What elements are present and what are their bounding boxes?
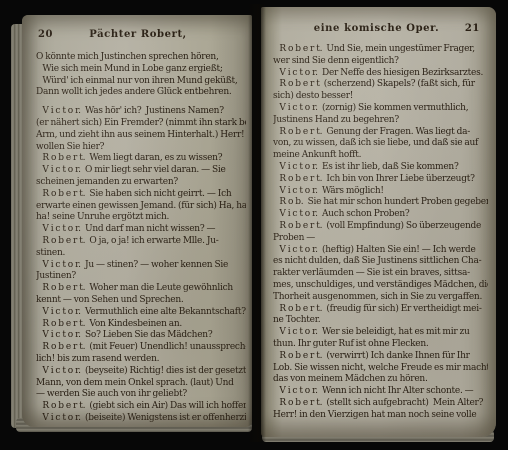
text-line: Arm, und zieht ihn aus seinem Hinterhalt… — [36, 130, 246, 142]
text-line: R o b e r t. Sie haben sich nicht geirrt… — [36, 189, 246, 201]
left-page-dialogue: V i c t o r. Was hör' ich? Justinens Nam… — [22, 106, 252, 425]
text-line: R o b e r t. (giebt sich ein Air) Das wi… — [36, 401, 246, 413]
left-page-number: 20 — [38, 29, 62, 40]
text-line: V i c t o r. Und darf man nicht wissen? … — [36, 224, 246, 236]
text-line: O könnte mich Justinchen sprechen hören, — [36, 52, 246, 64]
text-line: meine Ankunft hofft. — [273, 150, 488, 162]
text-line: — werden Sie auch von ihr geliebt? — [36, 389, 246, 401]
text-line: R o b e r t. Genung der Fragen. Was lieg… — [273, 127, 488, 139]
text-line: sich) desto besser! — [273, 91, 488, 103]
text-line: Dann wollt ich jedes andere Glück entbeh… — [36, 87, 246, 99]
text-line: V i c t o r. Was hör' ich? Justinens Nam… — [36, 106, 246, 118]
text-line: V i c t o r. Der Neffe des hiesigen Bezi… — [273, 68, 488, 80]
text-line: V i c t o r. So? Lieben Sie das Mädchen? — [36, 330, 246, 342]
text-line: R o b e r t. Woher man die Leute gewöhnl… — [36, 283, 246, 295]
text-line: (er nähert sich) Ein Fremder? (nimmt ihn… — [36, 118, 246, 130]
text-line: lich! bis zum rasend werden. — [36, 354, 246, 366]
text-line: erwarte einen gewissen Jemand. (für sich… — [36, 201, 246, 213]
text-line: V i c t o r. Wärs möglich! — [273, 186, 488, 198]
text-line: V i c t o r. Vermuthlich eine alte Bekan… — [36, 307, 246, 319]
text-line: Herr! in den Vierzigen hat man noch sein… — [273, 410, 488, 422]
aria-verse: O könnte mich Justinchen sprechen hören,… — [22, 52, 252, 99]
text-line: Thorheit ausgenommen, sich in Sie zu ver… — [273, 292, 488, 304]
book-scan: 20 Pächter Robert, O könnte mich Justinc… — [0, 0, 508, 450]
text-line: R o b e r t (scherzend) Skapels? (faßt s… — [273, 79, 488, 91]
text-line: V i c t o r. O mir liegt sehr viel daran… — [36, 165, 246, 177]
text-line: von, zu wissen, daß ich sie liebe, und d… — [273, 138, 488, 150]
text-line: es nicht dulden, daß Sie Justinens sittl… — [273, 256, 488, 268]
text-line: V i c t o r. (beyseite) Richtig! dies is… — [36, 366, 246, 378]
text-line: Justinen? — [36, 271, 246, 283]
text-line: Justinens Hand zu begehren? — [273, 115, 488, 127]
text-line: ha! seine Unruhe ergötzt mich. — [36, 212, 246, 224]
right-running-title: eine komische Oper. — [297, 23, 456, 34]
right-page-header: eine komische Oper. 21 — [261, 7, 496, 34]
text-line: R o b e r t. (mit Feuer) Unendlich! unau… — [36, 342, 246, 354]
text-line: V i c t o r. Es ist ihr lieb, daß Sie ko… — [273, 162, 488, 174]
text-line: R o b e r t. O ja, o ja! ich erwarte Mll… — [36, 236, 246, 248]
text-line: stinen. — [36, 248, 246, 260]
text-line: R o b e r t. Wem liegt daran, es zu wiss… — [36, 153, 246, 165]
text-line: Würd' ich einmal nur von ihren Mund gekü… — [36, 76, 246, 88]
left-page-header: 20 Pächter Robert, — [22, 15, 252, 40]
text-line: V i c t o r. Auch schon Proben? — [273, 209, 488, 221]
text-line: das von meinem Mädchen zu hören. — [273, 374, 488, 386]
text-line: R o b e r t. (voll Empfindung) So überze… — [273, 221, 488, 233]
text-line: V i c t o r. Wenn ich nicht Ihr Alter sc… — [273, 386, 488, 398]
text-line: V i c t o r. (beiseite) Wenigstens ist e… — [36, 413, 246, 425]
text-line: R o b e r t. (freudig für sich) Er verth… — [273, 304, 488, 316]
text-line: Mann, von dem mein Onkel sprach. (laut) … — [36, 378, 246, 390]
text-line: Lob. Sie wissen nicht, welche Freude es … — [273, 363, 488, 375]
text-line: R o b e r t. Von Kindesbeinen an. — [36, 319, 246, 331]
text-line: scheinen jemanden zu erwarten? — [36, 177, 246, 189]
text-line: R o b e r t. Ich bin von Ihrer Liebe übe… — [273, 174, 488, 186]
left-page: 20 Pächter Robert, O könnte mich Justinc… — [22, 15, 252, 427]
right-page-dialogue: R o b e r t. Und Sie, mein ungestümer Fr… — [261, 44, 496, 422]
right-page-number: 21 — [456, 23, 480, 34]
text-line: ne Tochter. — [273, 315, 488, 327]
text-line: V i c t o r. (zornig) Sie kommen vermuth… — [273, 103, 488, 115]
text-line: V i c t o r. Ju — stinen? — woher kennen… — [36, 260, 246, 272]
text-line: R o b e r t. (stellt sich aufgebracht) M… — [273, 398, 488, 410]
text-line: mes, unschuldiges, und verständiges Mädc… — [273, 280, 488, 292]
text-line: Proben — — [273, 233, 488, 245]
text-line: R o b e r t. Und Sie, mein ungestümer Fr… — [273, 44, 488, 56]
text-line: kennt — von Sehen und Sprechen. — [36, 295, 246, 307]
text-line: thun. Ihr guter Ruf ist ohne Flecken. — [273, 339, 488, 351]
text-line: V i c t o r. (heftig) Halten Sie ein! — … — [273, 245, 488, 257]
text-line: R o b e r t. (verwirrt) Ich danke Ihnen … — [273, 351, 488, 363]
text-line: R o b. Sie hat mir schon hundert Proben … — [273, 197, 488, 209]
text-line: V i c t o r. Wer sie beleidigt, hat es m… — [273, 327, 488, 339]
text-line: Wie sich mein Mund in Lobe ganz ergießt; — [36, 64, 246, 76]
text-line: wer sind Sie denn eigentlich? — [273, 56, 488, 68]
text-line: wollen Sie hier? — [36, 142, 246, 154]
text-line: rakter verläumden — Sie ist ein braves, … — [273, 268, 488, 280]
right-page: eine komische Oper. 21 R o b e r t. Und … — [261, 7, 496, 437]
left-running-title: Pächter Robert, — [62, 29, 214, 40]
